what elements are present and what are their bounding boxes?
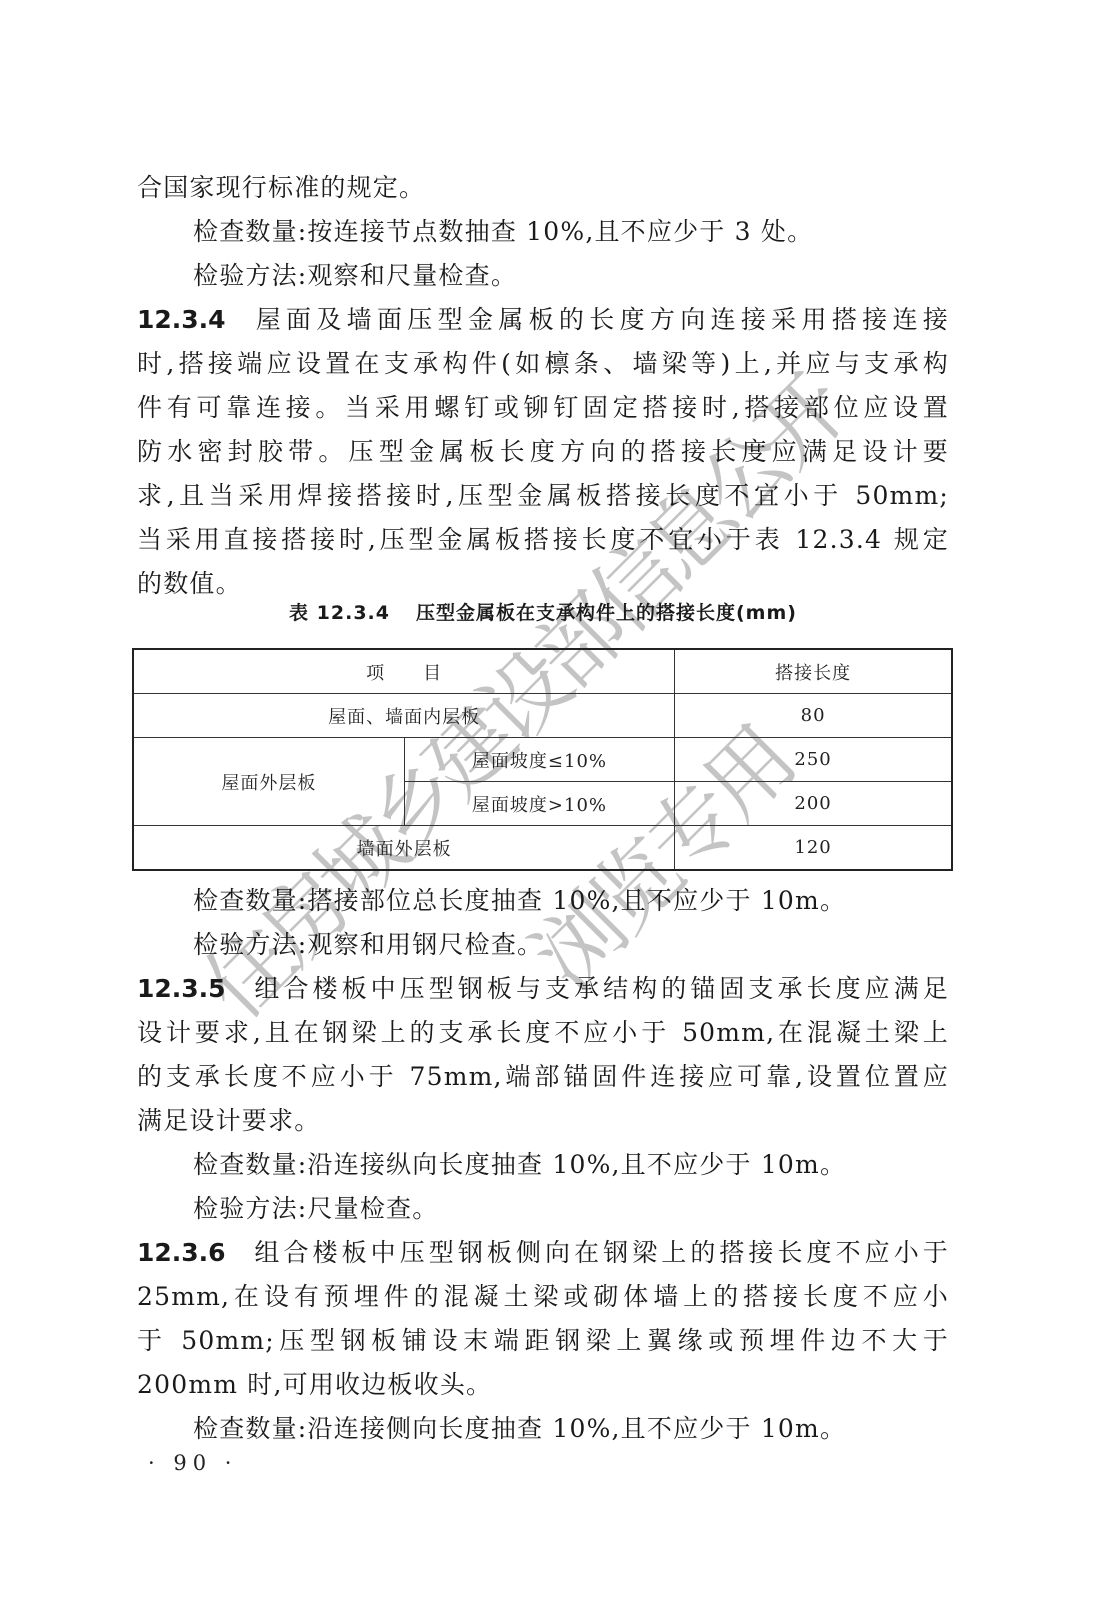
clause-12-3-6-line-1: 25mm,在设有预埋件的混凝土梁或砌体墙上的搭接长度不应小 (137, 1275, 949, 1319)
row-length: 120 (675, 826, 952, 871)
clause-12-3-6-line-2: 于 50mm;压型钢板铺设末端距钢梁上翼缘或预埋件边不大于 (137, 1319, 949, 1363)
clause-12-3-5-line-0: 12.3.5组合楼板中压型钢板与支承结构的锚固支承长度应满足 (137, 967, 949, 1011)
row-length: 250 (675, 738, 952, 782)
clause-12-3-5-line-2: 的支承长度不应小于 75mm,端部锚固件连接应可靠,设置位置应 (137, 1055, 949, 1099)
check-quantity-1236: 检查数量:沿连接侧向长度抽查 10%,且不应少于 10m。 (193, 1407, 949, 1451)
header-length: 搭接长度 (675, 649, 952, 694)
clause-text: 屋面及墙面压型金属板的长度方向连接采用搭接连接 (252, 305, 949, 334)
check-quantity-1233: 检查数量:按连接节点数抽查 10%,且不应少于 3 处。 (193, 210, 949, 254)
clause-12-3-5-line-3: 满足设计要求。 (137, 1099, 949, 1143)
clause-text: 组合楼板中压型钢板与支承结构的锚固支承长度应满足 (252, 974, 949, 1003)
clause-number: 12.3.4 (137, 305, 226, 334)
clause-text: 组合楼板中压型钢板侧向在钢梁上的搭接长度不应小于 (252, 1238, 949, 1267)
table-row: 屋面、墙面内层板 80 (133, 694, 952, 738)
check-method-1234: 检验方法:观察和用钢尺检查。 (193, 923, 949, 967)
clause-12-3-4-line-4: 求,且当采用焊接搭接时,压型金属板搭接长度不宜小于 50mm; (137, 474, 949, 518)
row-item: 屋面坡度>10% (404, 782, 674, 826)
clause-12-3-4-line-2: 件有可靠连接。当采用螺钉或铆钉固定搭接时,搭接部位应设置 (137, 386, 949, 430)
page-number: · 90 · (148, 1449, 237, 1477)
table-row: 墙面外层板 120 (133, 826, 952, 871)
check-method-1235: 检验方法:尺量检查。 (193, 1187, 949, 1231)
table-row: 屋面外层板 屋面坡度≤10% 250 (133, 738, 952, 782)
check-quantity-1235: 检查数量:沿连接纵向长度抽查 10%,且不应少于 10m。 (193, 1143, 949, 1187)
row-group: 屋面外层板 (133, 738, 404, 826)
clause-12-3-4-line-0: 12.3.4屋面及墙面压型金属板的长度方向连接采用搭接连接 (137, 298, 949, 342)
check-quantity-1234: 检查数量:搭接部位总长度抽查 10%,且不应少于 10m。 (193, 879, 949, 923)
clause-number: 12.3.5 (137, 974, 226, 1003)
clause-12-3-4-line-5: 当采用直接搭接时,压型金属板搭接长度不宜小于表 12.3.4 规定 (137, 518, 949, 562)
row-item: 屋面、墙面内层板 (133, 694, 675, 738)
paragraph-continuation: 合国家现行标准的规定。 (137, 166, 949, 210)
clause-12-3-5-line-1: 设计要求,且在钢梁上的支承长度不应小于 50mm,在混凝土梁上 (137, 1011, 949, 1055)
clause-12-3-6-line-0: 12.3.6组合楼板中压型钢板侧向在钢梁上的搭接长度不应小于 (137, 1231, 949, 1275)
row-length: 200 (675, 782, 952, 826)
table-header-row: 项 目 搭接长度 (133, 649, 952, 694)
row-item: 墙面外层板 (133, 826, 675, 871)
table-number: 表 12.3.4 (289, 602, 390, 624)
clause-12-3-6-line-3: 200mm 时,可用收边板收头。 (137, 1363, 949, 1407)
table-caption: 表 12.3.4压型金属板在支承构件上的搭接长度(mm) (137, 598, 949, 628)
table-title: 压型金属板在支承构件上的搭接长度(mm) (416, 602, 797, 624)
row-length: 80 (675, 694, 952, 738)
clause-12-3-4-line-3: 防水密封胶带。压型金属板长度方向的搭接长度应满足设计要 (137, 430, 949, 474)
lap-length-table: 项 目 搭接长度 屋面、墙面内层板 80 屋面外层板 屋面坡度≤10% 250 … (132, 648, 953, 871)
row-item: 屋面坡度≤10% (404, 738, 674, 782)
document-page: 住房城乡建设部信息公开 浏览专用 合国家现行标准的规定。 检查数量:按连接节点数… (0, 0, 1106, 1598)
clause-12-3-4-line-1: 时,搭接端应设置在支承构件(如檩条、墙梁等)上,并应与支承构 (137, 342, 949, 386)
header-item: 项 目 (133, 649, 675, 694)
check-method-1233: 检验方法:观察和尺量检查。 (193, 254, 949, 298)
clause-number: 12.3.6 (137, 1238, 226, 1267)
